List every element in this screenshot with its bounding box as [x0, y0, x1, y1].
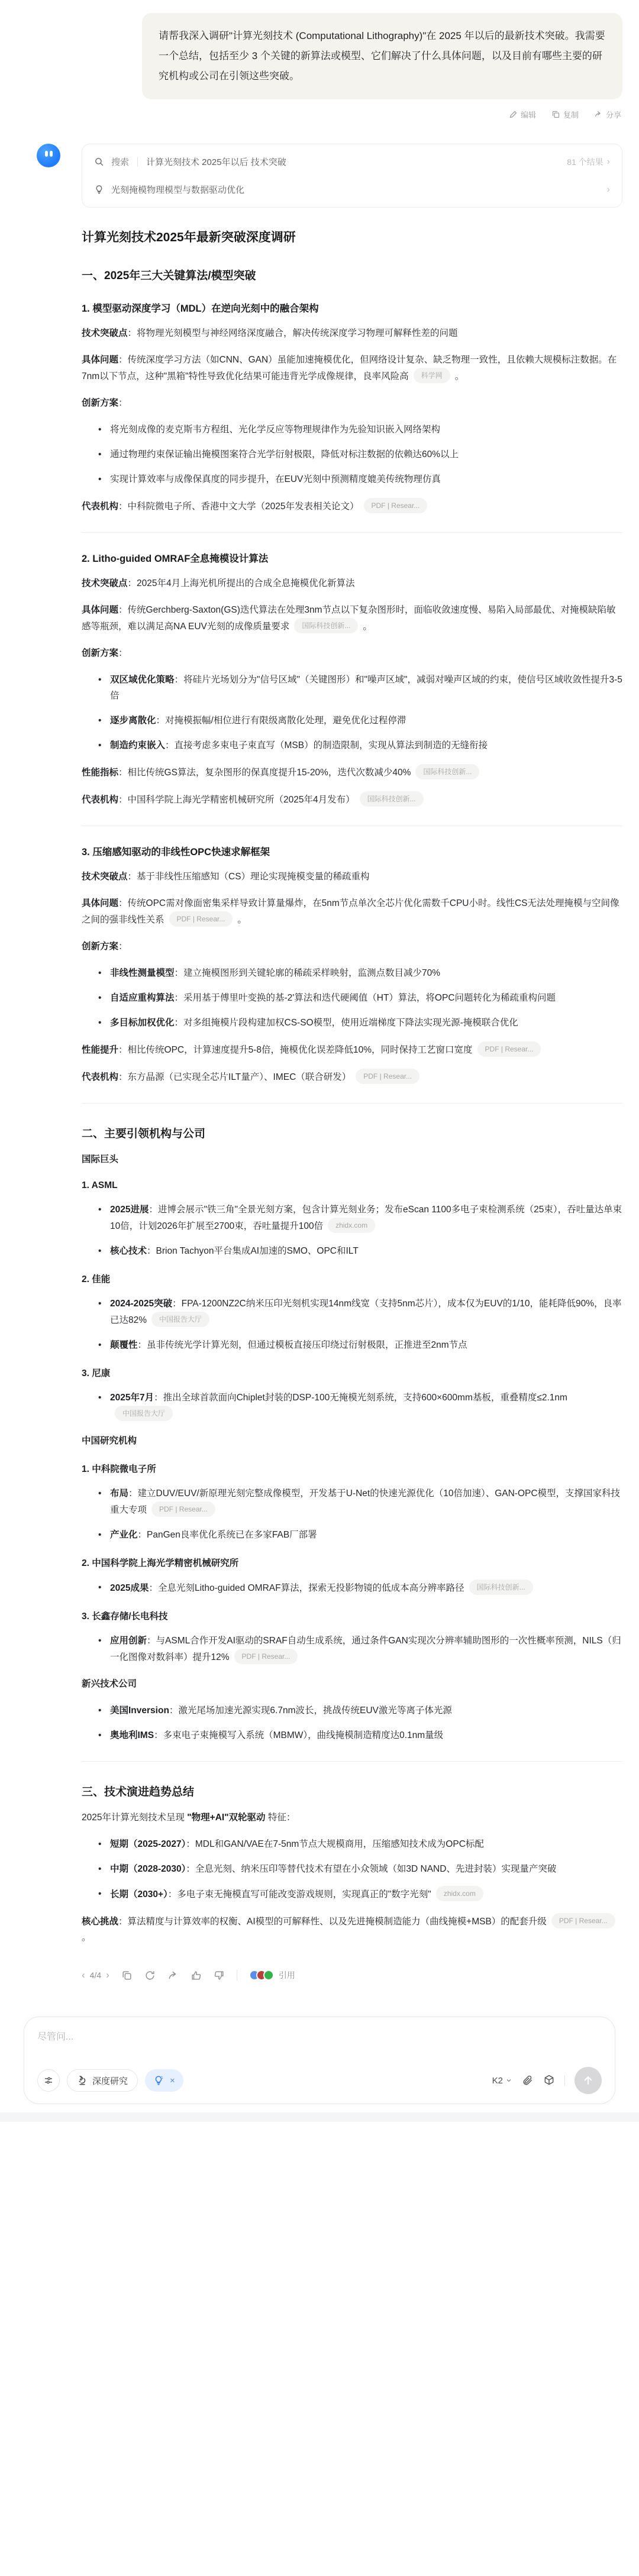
list-item-text: 美国Inversion：激光尾场加速光源实现6.7nm波长，挑战传统EUV激光等… [110, 1703, 622, 1719]
text-run: ：东方晶源（已实现全芯片ILT量产）、IMEC（联合研发） [118, 1072, 351, 1082]
list-item: •产业化：PanGen良率优化系统已在多家FAB厂部署 [98, 1527, 622, 1543]
bullet-icon: • [98, 1836, 110, 1852]
report-heading: 3. 压缩感知驱动的非线性OPC快速求解框架 [82, 844, 622, 858]
bullet-list: •非线性测量模型：建立掩模图形到关键轮廓的稀疏采样映射，监测点数目减少70%•自… [83, 965, 622, 1031]
regenerate-button[interactable] [144, 1970, 156, 1981]
numbered-item-title: 3. 尼康 [82, 1366, 622, 1379]
search-label: 搜索 [111, 156, 129, 168]
tune-button[interactable] [37, 2069, 60, 2092]
numbered-item-title: 2. 佳能 [82, 1272, 622, 1285]
search-query: 计算光刻技术 2025年以后 技术突破 [146, 156, 286, 168]
bullet-icon: • [98, 672, 110, 704]
text-run-bold: 2025成果 [110, 1583, 149, 1593]
numbered-item-title: 1. ASML [82, 1180, 622, 1191]
text-run-bold: 具体问题 [82, 355, 118, 365]
edit-button[interactable]: 编辑 [509, 109, 536, 120]
up-arrow-icon [582, 2075, 594, 2086]
text-run-bold: 短期（2025-2027） [110, 1839, 186, 1849]
copy-answer-button[interactable] [121, 1970, 133, 1981]
list-item-text: 短期（2025-2027）：MDL和GAN/VAE在7-5nm节点大规模商用，压… [110, 1836, 622, 1852]
list-item-text: 非线性测量模型：建立掩模图形到关键轮廓的稀疏采样映射，监测点数目减少70% [110, 965, 622, 981]
list-item-text: 制造约束嵌入：直接考虑多束电子束直写（MSB）的制造限制，实现从算法到制造的无缝… [110, 737, 622, 753]
list-item-text: 逐步离散化：对掩模振幅/相位进行有限级离散化处理，避免优化过程停滞 [110, 713, 622, 729]
numbered-item-title: 2. 中国科学院上海光学精密机械研究所 [82, 1556, 622, 1569]
text-run-bold: 技术突破点 [82, 578, 128, 588]
share-icon [167, 1970, 179, 1981]
list-item-text: 2025年7月：推出全球首款面向Chiplet封装的DSP-100无掩模光刻系统… [110, 1390, 622, 1422]
share-button[interactable]: 分享 [594, 109, 621, 120]
list-item-text: 双区域优化策略：将硅片光场划分为"信号区域"（关键图形）和"噪声区域"，减弱对噪… [110, 672, 622, 704]
text-run-bold: 多目标加权优化 [110, 1018, 175, 1028]
text-run-bold: 核心技术 [110, 1246, 147, 1256]
report-content: 一、2025年三大关键算法/模型突破1. 模型驱动深度学习（MDL）在逆向光刻中… [82, 267, 622, 1946]
text-run-bold: "物理+AI"双轮驱动 [187, 1813, 265, 1823]
list-item-text: 2025进展：进博会展示"铁三角"全景光刻方案，包含计算光刻业务；发布eScan… [110, 1202, 622, 1234]
text-run: 2025年计算光刻技术呈现 [82, 1813, 187, 1823]
text-run-bold: 奥地利IMS [110, 1730, 154, 1740]
list-item: •美国Inversion：激光尾场加速光源实现6.7nm波长，挑战传统EUV激光… [98, 1703, 622, 1719]
message-actions: 编辑 复制 分享 [0, 109, 621, 120]
report-paragraph: 技术突破点：2025年4月上海光机所提出的合成全息掩模优化新算法 [82, 575, 622, 591]
list-item: •奥地利IMS：多束电子束掩模写入系统（MBMW），曲线掩模制造精度达0.1nm… [98, 1727, 622, 1743]
text-run-bold: 布局 [110, 1488, 128, 1499]
chat-input[interactable]: 尽管问... [37, 2029, 602, 2067]
user-message-bubble: 请帮我深入调研"计算光刻技术 (Computational Lithograph… [142, 13, 622, 99]
citations-label: 引用 [279, 1969, 295, 1981]
chevron-right-icon: › [607, 157, 610, 167]
bullet-icon: • [98, 1486, 110, 1518]
thumbs-up-icon [191, 1970, 202, 1981]
bullet-icon: • [98, 713, 110, 729]
bullet-list: •美国Inversion：激光尾场加速光源实现6.7nm波长，挑战传统EUV激光… [83, 1703, 622, 1743]
bullet-list: •2024-2025突破：FPA-1200NZ2C纳米压印光刻机实现14nm线宽… [83, 1296, 622, 1353]
citation-badge[interactable]: zhidx.com [328, 1218, 375, 1233]
list-item: •长期（2030+）：多电子束无掩模直写可能改变游戏规则，实现真正的"数字光刻"… [98, 1886, 622, 1902]
text-run: ：将物理光刻模型与神经网络深度融合，解决传统深度学习物理可解释性差的问题 [128, 328, 458, 338]
list-item: •逐步离散化：对掩模振幅/相位进行有限级离散化处理，避免优化过程停滞 [98, 713, 622, 729]
list-item-text: 布局：建立DUV/EUV/新原理光刻完整成像模型，开发基于U-Net的快速光源优… [110, 1486, 622, 1518]
list-item-text: 多目标加权优化：对多组掩模片段构建加权CS-SO模型，使用近端梯度下降法实现光源… [110, 1015, 622, 1031]
bullet-icon: • [98, 1015, 110, 1031]
list-item-text: 实现计算效率与成像保真度的同步提升，在EUV光刻中预测精度媲美传统物理仿真 [110, 471, 622, 487]
text-run: 。 [237, 915, 247, 925]
text-run-bold: 中期（2028-2030） [110, 1864, 186, 1874]
citation-badge[interactable]: 国际科技创新... [469, 1580, 533, 1595]
text-run: ：全息光刻、纳米压印等替代技术有望在小众领域（如3D NAND、先进封装）实现量… [186, 1864, 556, 1874]
report-paragraph: 代表机构：中国科学院上海光学精密机械研究所（2025年4月发布）国际科技创新..… [82, 791, 622, 808]
text-run: ：对掩模振幅/相位进行有限级离散化处理，避免优化过程停滞 [156, 716, 406, 726]
report-paragraph: 创新方案： [82, 939, 622, 954]
text-run-bold: 美国Inversion [110, 1706, 169, 1716]
text-run-bold: 创新方案 [82, 941, 118, 952]
page-bottom-strip [0, 2112, 639, 2122]
citations-button[interactable]: 引用 [249, 1969, 295, 1981]
copy-icon [551, 110, 560, 119]
bullet-icon: • [98, 1633, 110, 1665]
list-item-text: 核心技术：Brion Tachyon平台集成AI加速的SMO、OPC和ILT [110, 1243, 622, 1259]
bullet-icon: • [98, 990, 110, 1006]
bullet-icon: • [98, 1390, 110, 1422]
lightbulb-icon [153, 2075, 164, 2086]
bullet-icon: • [98, 737, 110, 753]
report-paragraph: 新兴技术公司 [82, 1676, 622, 1692]
send-button[interactable] [575, 2067, 602, 2094]
section-divider [82, 826, 622, 826]
text-run-bold: 具体问题 [82, 898, 118, 908]
bullet-list: •应用创新：与ASML合作开发AI驱动的SRAF自动生成系统，通过条件GAN实现… [83, 1633, 622, 1665]
report-heading: 一、2025年三大关键算法/模型突破 [82, 267, 622, 283]
bullet-icon: • [98, 1337, 110, 1353]
text-run-bold: 自适应重构算法 [110, 993, 175, 1003]
citation-badge[interactable]: PDF | Resear... [356, 1069, 419, 1084]
text-run: 将光刻成像的麦克斯韦方程组、光化学反应等物理规律作为先验知识嵌入网络架构 [110, 425, 440, 435]
citation-badge[interactable]: PDF | Resear... [477, 1041, 541, 1057]
prev-page-button[interactable]: ‹ [82, 1969, 85, 1981]
search-icon [94, 157, 104, 167]
citation-favicons [249, 1970, 274, 1980]
text-run: ：中科院微电子所、香港中文大学（2025年发表相关论文） [118, 501, 359, 512]
list-item: •实现计算效率与成像保真度的同步提升，在EUV光刻中预测精度媲美传统物理仿真 [98, 471, 622, 487]
text-run-bold: 代表机构 [82, 1072, 118, 1082]
text-run-bold: 产业化 [110, 1530, 138, 1540]
text-run: ：MDL和GAN/VAE在7-5nm节点大规模商用，压缩感知技术成为OPC标配 [186, 1839, 484, 1849]
text-run: ：基于非线性压缩感知（CS）理论实现掩模变量的稀疏重构 [128, 872, 370, 882]
report-paragraph: 技术突破点：将物理光刻模型与神经网络深度融合，解决传统深度学习物理可解释性差的问… [82, 325, 622, 341]
report-paragraph: 具体问题：传统OPC需对像面密集采样导致计算量爆炸，在5nm节点单次全芯片优化需… [82, 895, 622, 928]
bullet-list: •双区域优化策略：将硅片光场划分为"信号区域"（关键图形）和"噪声区域"，减弱对… [83, 672, 622, 753]
text-run: ：传统深度学习方法（如CNN、GAN）虽能加速掩模优化，但网络设计复杂、缺乏物理… [82, 355, 617, 381]
copy-label: 复制 [563, 109, 579, 120]
bullet-icon: • [98, 446, 110, 462]
citation-badge[interactable]: 中国报告大厅 [151, 1312, 209, 1327]
text-run: ：与ASML合作开发AI驱动的SRAF自动生成系统，通过条件GAN实现次分辨率辅… [110, 1636, 621, 1662]
text-run-bold: 技术突破点 [82, 328, 128, 338]
bullet-list: •2025成果：全息光刻Litho-guided OMRAF算法，探索无投影物镜… [83, 1580, 622, 1596]
list-item: •短期（2025-2027）：MDL和GAN/VAE在7-5nm节点大规模商用，… [98, 1836, 622, 1852]
close-x-icon[interactable]: × [170, 2076, 175, 2086]
report-paragraph: 代表机构：东方晶源（已实现全芯片ILT量产）、IMEC（联合研发）PDF | R… [82, 1069, 622, 1085]
model-cube-button[interactable] [543, 2075, 555, 2086]
report-heading: 2. Litho-guided OMRAF全息掩模设计算法 [82, 551, 622, 565]
list-item: •2024-2025突破：FPA-1200NZ2C纳米压印光刻机实现14nm线宽… [98, 1296, 622, 1328]
pencil-icon [509, 110, 518, 119]
bullet-list: •将光刻成像的麦克斯韦方程组、光化学反应等物理规律作为先验知识嵌入网络架构•通过… [83, 422, 622, 487]
deep-research-button[interactable]: 深度研究 [67, 2069, 138, 2092]
text-run: ：Brion Tachyon平台集成AI加速的SMO、OPC和ILT [147, 1246, 359, 1256]
share-answer-button[interactable] [167, 1970, 179, 1981]
text-run-bold: 非线性测量模型 [110, 968, 175, 978]
list-item: •双区域优化策略：将硅片光场划分为"信号区域"（关键图形）和"噪声区域"，减弱对… [98, 672, 622, 704]
list-item: •2025成果：全息光刻Litho-guided OMRAF算法，探索无投影物镜… [98, 1580, 622, 1596]
edit-label: 编辑 [521, 109, 536, 120]
attach-button[interactable] [522, 2075, 534, 2086]
citation-badge[interactable]: 国际科技创新... [294, 618, 358, 633]
text-run-bold: 国际巨头 [82, 1154, 118, 1164]
text-run: ：建立掩模图形到关键轮廓的稀疏采样映射，监测点数目减少70% [175, 968, 441, 978]
bullet-icon: • [98, 1886, 110, 1902]
list-item-text: 通过物理约束保证输出掩模图案符合光学衍射极限，降低对标注数据的依赖达60%以上 [110, 446, 622, 462]
text-run-bold: 创新方案 [82, 648, 118, 658]
research-steps-card: 搜索 计算光刻技术 2025年以后 技术突破 81 个结果 › 光刻掩模物理模型… [82, 144, 622, 208]
thumbs-down-icon [214, 1970, 225, 1981]
text-run-bold: 颠覆性 [110, 1340, 138, 1350]
bullet-icon: • [98, 1202, 110, 1234]
report-title: 计算光刻技术2025年最新突破深度调研 [82, 228, 622, 245]
text-run: ：PanGen良率优化系统已在多家FAB厂部署 [138, 1530, 317, 1540]
assistant-message: 搜索 计算光刻技术 2025年以后 技术突破 81 个结果 › 光刻掩模物理模型… [0, 144, 639, 1981]
text-run-bold: 长期（2030+） [110, 1889, 168, 1899]
citation-badge[interactable]: zhidx.com [436, 1886, 483, 1901]
citation-badge[interactable]: PDF | Resear... [151, 1501, 215, 1517]
page-indicator: 4/4 [90, 1970, 101, 1980]
answer-actions: ‹ 4/4 › 引用 [82, 1969, 622, 1981]
bullet-icon: • [98, 1296, 110, 1328]
idea-mode-chip[interactable]: × [145, 2069, 183, 2092]
bullet-icon: • [98, 422, 110, 438]
list-item-text: 自适应重构算法：采用基于傅里叶变换的基-2'算法和迭代硬阈值（HT）算法，将OP… [110, 990, 622, 1006]
list-item: •非线性测量模型：建立掩模图形到关键轮廓的稀疏采样映射，监测点数目减少70% [98, 965, 622, 981]
text-run-bold: 代表机构 [82, 501, 118, 512]
search-step-row[interactable]: 搜索 计算光刻技术 2025年以后 技术突破 81 个结果 › [94, 148, 610, 176]
numbered-item-title: 1. 中科院微电子所 [82, 1462, 622, 1475]
text-run-bold: 性能指标 [82, 768, 118, 778]
text-run: ：相比传统OPC，计算速度提升5-8倍，掩模优化误差降低10%，同时保持工艺窗口… [118, 1045, 473, 1055]
share-icon [594, 110, 603, 119]
bullet-list: •布局：建立DUV/EUV/新原理光刻完整成像模型，开发基于U-Net的快速光源… [83, 1486, 622, 1543]
text-run: 。 [455, 371, 464, 381]
insight-text: 光刻掩模物理模型与数据驱动优化 [111, 183, 244, 196]
pagination: ‹ 4/4 › [82, 1969, 109, 1981]
text-run: ： [118, 941, 128, 952]
report-paragraph: 中国研究机构 [82, 1433, 622, 1449]
report-paragraph: 创新方案： [82, 645, 622, 661]
section-divider [82, 532, 622, 533]
report-heading: 三、技术演进趋势总结 [82, 1783, 622, 1799]
citation-badge[interactable]: 国际科技创新... [415, 764, 479, 779]
bullet-icon: • [98, 1727, 110, 1743]
deep-research-label: 深度研究 [92, 2075, 128, 2087]
text-run: ：多束电子束掩模写入系统（MBMW），曲线掩模制造精度达0.1nm量级 [154, 1730, 443, 1740]
report-paragraph: 核心挑战：算法精度与计算效率的权衡、AI模型的可解释性、以及先进掩模制造能力（曲… [82, 1913, 622, 1946]
text-run-bold: 核心挑战 [82, 1917, 118, 1927]
text-run: ：全息光刻Litho-guided OMRAF算法，探索无投影物镜的低成本高分辨… [149, 1583, 464, 1593]
model-selector[interactable]: K2 [492, 2076, 512, 2086]
section-divider [82, 1761, 622, 1762]
paperclip-icon [522, 2075, 534, 2086]
list-item: •核心技术：Brion Tachyon平台集成AI加速的SMO、OPC和ILT [98, 1243, 622, 1259]
text-run: 实现计算效率与成像保真度的同步提升，在EUV光刻中预测精度媲美传统物理仿真 [110, 474, 441, 484]
text-run: ：推出全球首款面向Chiplet封装的DSP-100无掩模光刻系统，支持600×… [154, 1393, 567, 1403]
text-run-bold: 代表机构 [82, 795, 118, 805]
list-item: •通过物理约束保证输出掩模图案符合光学衍射极限，降低对标注数据的依赖达60%以上 [98, 446, 622, 462]
lightbulb-icon [94, 185, 104, 195]
bullet-list: •2025年7月：推出全球首款面向Chiplet封装的DSP-100无掩模光刻系… [83, 1390, 622, 1422]
thumbs-up-button[interactable] [191, 1970, 202, 1981]
list-item-text: 将光刻成像的麦克斯韦方程组、光化学反应等物理规律作为先验知识嵌入网络架构 [110, 422, 622, 438]
result-count: 81 个结果 [567, 156, 603, 168]
list-item: •多目标加权优化：对多组掩模片段构建加权CS-SO模型，使用近端梯度下降法实现光… [98, 1015, 622, 1031]
text-run: ： [118, 648, 128, 658]
text-run: 。 [82, 1933, 91, 1943]
divider [137, 157, 138, 167]
share-label: 分享 [606, 109, 621, 120]
report-paragraph: 代表机构：中科院微电子所、香港中文大学（2025年发表相关论文）PDF | Re… [82, 498, 622, 514]
source-favicon [263, 1970, 274, 1980]
bullet-icon: • [98, 1527, 110, 1543]
text-run-bold: 2025年7月 [110, 1393, 154, 1403]
text-run-bold: 创新方案 [82, 398, 118, 408]
report-paragraph: 性能提升：相比传统OPC，计算速度提升5-8倍，掩模优化误差降低10%，同时保持… [82, 1041, 622, 1058]
cube-icon [543, 2075, 555, 2086]
section-divider [82, 1103, 622, 1103]
text-run-bold: 具体问题 [82, 605, 118, 615]
text-run: ：虽非传统光学计算光刻，但通过模板直接压印绕过衍射极限，正推进至2nm节点 [138, 1340, 467, 1350]
microscope-icon [77, 2075, 88, 2086]
list-item: •将光刻成像的麦克斯韦方程组、光化学反应等物理规律作为先验知识嵌入网络架构 [98, 422, 622, 438]
text-run-bold: 性能提升 [82, 1045, 118, 1055]
text-run: ：算法精度与计算效率的权衡、AI模型的可解释性、以及先进掩模制造能力（曲线掩模+… [118, 1917, 547, 1927]
citation-badge[interactable]: PDF | Resear... [169, 911, 233, 927]
list-item-text: 产业化：PanGen良率优化系统已在多家FAB厂部署 [110, 1527, 622, 1543]
citation-badge[interactable]: PDF | Resear... [551, 1913, 615, 1928]
text-run: ：将硅片光场划分为"信号区域"（关键图形）和"噪声区域"，减弱对噪声区域的约束，… [110, 675, 622, 701]
list-item-text: 2025成果：全息光刻Litho-guided OMRAF算法，探索无投影物镜的… [110, 1580, 622, 1596]
list-item-text: 应用创新：与ASML合作开发AI驱动的SRAF自动生成系统，通过条件GAN实现次… [110, 1633, 622, 1665]
report-heading: 1. 模型驱动深度学习（MDL）在逆向光刻中的融合架构 [82, 300, 622, 315]
report-paragraph: 创新方案： [82, 395, 622, 411]
bullet-list: •短期（2025-2027）：MDL和GAN/VAE在7-5nm节点大规模商用，… [83, 1836, 622, 1902]
report-paragraph: 2025年计算光刻技术呈现 "物理+AI"双轮驱动 特征： [82, 1810, 622, 1826]
text-run-bold: 中国研究机构 [82, 1436, 137, 1446]
list-item-text: 2024-2025突破：FPA-1200NZ2C纳米压印光刻机实现14nm线宽（… [110, 1296, 622, 1328]
text-run: ：多电子束无掩模直写可能改变游戏规则，实现真正的"数字光刻" [168, 1889, 431, 1899]
text-run-bold: 应用创新 [110, 1636, 147, 1646]
divider [564, 2075, 565, 2086]
text-run-bold: 技术突破点 [82, 872, 128, 882]
thumbs-down-button[interactable] [214, 1970, 225, 1981]
bullet-icon: • [98, 1703, 110, 1719]
report-heading: 二、主要引领机构与公司 [82, 1125, 622, 1141]
list-item-text: 中期（2028-2030）：全息光刻、纳米压印等替代技术有望在小众领域（如3D … [110, 1861, 622, 1877]
text-run: ：采用基于傅里叶变换的基-2'算法和迭代硬阈值（HT）算法，将OPC问题转化为稀… [175, 993, 556, 1003]
text-run: ：2025年4月上海光机所提出的合成全息掩模优化新算法 [128, 578, 355, 588]
report-paragraph: 性能指标：相比传统GS算法，复杂图形的保真度提升15-20%，迭代次数减少40%… [82, 764, 622, 781]
bullet-icon: • [98, 1243, 110, 1259]
text-run: 。 [363, 622, 372, 632]
list-item: •应用创新：与ASML合作开发AI驱动的SRAF自动生成系统，通过条件GAN实现… [98, 1633, 622, 1665]
text-run: ：对多组掩模片段构建加权CS-SO模型，使用近端梯度下降法实现光源-掩模联合优化 [175, 1018, 518, 1028]
bullet-icon: • [98, 1580, 110, 1596]
text-run-bold: 制造约束嵌入 [110, 740, 165, 750]
next-page-button[interactable]: › [106, 1969, 109, 1981]
report-paragraph: 国际巨头 [82, 1151, 622, 1167]
list-item: •布局：建立DUV/EUV/新原理光刻完整成像模型，开发基于U-Net的快速光源… [98, 1486, 622, 1518]
text-run-bold: 逐步离散化 [110, 716, 156, 726]
citation-badge[interactable]: 中国报告大厅 [115, 1406, 173, 1421]
text-run: 通过物理约束保证输出掩模图案符合光学衍射极限，降低对标注数据的依赖达60%以上 [110, 449, 459, 459]
text-run: ：相比传统GS算法，复杂图形的保真度提升15-20%，迭代次数减少40% [118, 768, 411, 778]
list-item-text: 奥地利IMS：多束电子束掩模写入系统（MBMW），曲线掩模制造精度达0.1nm量… [110, 1727, 622, 1743]
citation-badge[interactable]: 国际科技创新... [360, 791, 424, 807]
divider [237, 1970, 237, 1980]
text-run: ：激光尾场加速光源实现6.7nm波长，挑战传统EUV激光等离子体光源 [169, 1706, 452, 1716]
bullet-icon: • [98, 965, 110, 981]
text-run-bold: 2025进展 [110, 1205, 149, 1215]
report-paragraph: 技术突破点：基于非线性压缩感知（CS）理论实现掩模变量的稀疏重构 [82, 869, 622, 885]
retry-icon [144, 1970, 156, 1981]
report-paragraph: 具体问题：传统深度学习方法（如CNN、GAN）虽能加速掩模优化，但网络设计复杂、… [82, 352, 622, 384]
list-item: •2025年7月：推出全球首款面向Chiplet封装的DSP-100无掩模光刻系… [98, 1390, 622, 1422]
list-item: •制造约束嵌入：直接考虑多束电子束直写（MSB）的制造限制，实现从算法到制造的无… [98, 737, 622, 753]
copy-icon [121, 1970, 133, 1981]
citation-badge[interactable]: 科学网 [414, 368, 450, 383]
citation-badge[interactable]: PDF | Resear... [364, 498, 428, 513]
text-run: ：中国科学院上海光学精密机械研究所（2025年4月发布） [118, 795, 355, 805]
report-paragraph: 具体问题：传统Gerchberg-Saxton(GS)迭代算法在处理3nm节点以… [82, 602, 622, 635]
list-item-text: 长期（2030+）：多电子束无掩模直写可能改变游戏规则，实现真正的"数字光刻"z… [110, 1886, 622, 1902]
text-run-bold: 双区域优化策略 [110, 675, 175, 685]
text-run-bold: 2024-2025突破 [110, 1299, 172, 1309]
citation-badge[interactable]: PDF | Resear... [234, 1649, 298, 1664]
text-run: 特征： [266, 1813, 296, 1823]
bullet-list: •2025进展：进博会展示"铁三角"全景光刻方案，包含计算光刻业务；发布eSca… [83, 1202, 622, 1259]
list-item: •中期（2028-2030）：全息光刻、纳米压印等替代技术有望在小众领域（如3D… [98, 1861, 622, 1877]
list-item: •自适应重构算法：采用基于傅里叶变换的基-2'算法和迭代硬阈值（HT）算法，将O… [98, 990, 622, 1006]
list-item: •2025进展：进博会展示"铁三角"全景光刻方案，包含计算光刻业务；发布eSca… [98, 1202, 622, 1234]
text-run: ：直接考虑多束电子束直写（MSB）的制造限制，实现从算法到制造的无缝衔接 [165, 740, 488, 750]
numbered-item-title: 3. 长鑫存储/长电科技 [82, 1609, 622, 1622]
assistant-avatar [37, 144, 60, 167]
composer: 尽管问... 深度研究 × K2 [24, 2017, 615, 2104]
list-item-text: 颠覆性：虽非传统光学计算光刻，但通过模板直接压印绕过衍射极限，正推进至2nm节点 [110, 1337, 622, 1353]
chevron-right-icon: › [607, 185, 610, 195]
text-run: ： [118, 398, 128, 408]
text-run-bold: 新兴技术公司 [82, 1679, 137, 1689]
chevron-down-icon [505, 2077, 512, 2084]
bullet-icon: • [98, 471, 110, 487]
bullet-icon: • [98, 1861, 110, 1877]
sliders-icon [43, 2075, 54, 2086]
list-item: •颠覆性：虽非传统光学计算光刻，但通过模板直接压印绕过衍射极限，正推进至2nm节… [98, 1337, 622, 1353]
model-label: K2 [492, 2076, 503, 2086]
copy-button[interactable]: 复制 [551, 109, 579, 120]
text-run: ：传统OPC需对像面密集采样导致计算量爆炸，在5nm节点单次全芯片优化需数千CP… [82, 898, 619, 925]
insight-step-row[interactable]: 光刻掩模物理模型与数据驱动优化 › [94, 176, 610, 203]
